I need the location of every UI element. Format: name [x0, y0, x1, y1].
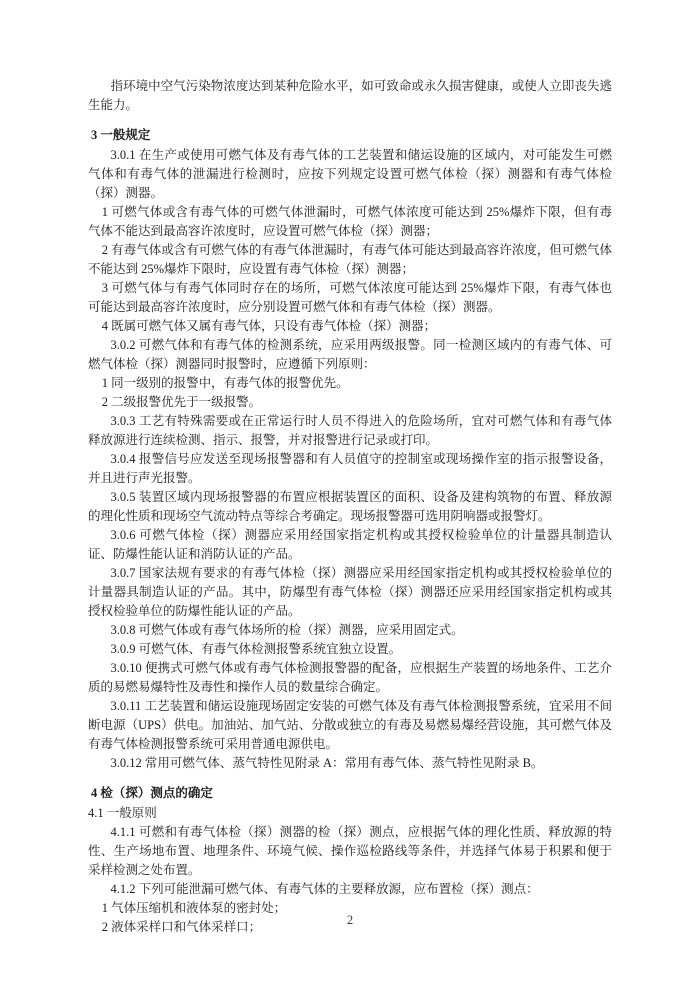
clause-paragraph: 3.0.6 可燃气体检（探）测器应采用经国家指定机构或其授权检验单位的计量器具制…	[88, 526, 612, 564]
clause-paragraph: 3.0.11 工艺装置和储运设施现场固定安装的可燃气体及有毒气体检测报警系统，宜…	[88, 697, 612, 754]
list-item: 3 可燃气体与有毒气体同时存在的场所，可燃气体浓度可能达到 25%爆炸下限，有毒…	[88, 279, 612, 317]
clause-paragraph: 3.0.3 工艺有特殊需要或在正常运行时人员不得进入的危险场所，宜对可燃气体和有…	[88, 412, 612, 450]
clause-paragraph: 3.0.9 可燃气体、有毒气体检测报警系统宜独立设置。	[88, 640, 612, 659]
subsection-heading: 4.1 一般原则	[88, 804, 612, 823]
list-item: 2 有毒气体或含有可燃气体的有毒气体泄漏时，有毒气体可能达到最高容许浓度，但可燃…	[88, 241, 612, 279]
document-content: 指环境中空气污染物浓度达到某种危险水平，如可致命或永久损害健康，或使人立即丧失逃…	[88, 77, 612, 937]
clause-paragraph: 3.0.7 国家法规有要求的有毒气体检（探）测器应采用经国家指定机构或其授权检验…	[88, 564, 612, 621]
section-heading: 4 检（探）测点的确定	[88, 784, 612, 803]
document-page: 指环境中空气污染物浓度达到某种危险水平，如可致命或永久损害健康，或使人立即丧失逃…	[0, 0, 700, 990]
clause-paragraph: 3.0.12 常用可燃气体、蒸气特性见附录 A：常用有毒气体、蒸气特性见附录 B…	[88, 754, 612, 773]
clause-paragraph: 3.0.2 可燃气体和有毒气体的检测系统，应采用两级报警。同一检测区域内的有毒气…	[88, 336, 612, 374]
section-heading: 3 一般规定	[88, 126, 612, 145]
page-number: 2	[0, 913, 700, 928]
clause-paragraph: 4.1.2 下列可能泄漏可燃气体、有毒气体的主要释放源，应布置检（探）测点：	[88, 880, 612, 899]
clause-paragraph: 3.0.10 便携式可燃气体或有毒气体检测报警器的配备，应根据生产装置的场地条件…	[88, 659, 612, 697]
list-item: 1 可燃气体或含有毒气体的可燃气体泄漏时，可燃气体浓度可能达到 25%爆炸下限，…	[88, 203, 612, 241]
clause-paragraph: 3.0.8 可燃气体或有毒气体场所的检（探）测器，应采用固定式。	[88, 621, 612, 640]
clause-paragraph: 3.0.1 在生产或使用可燃气体及有毒气体的工艺装置和储运设施的区域内，对可能发…	[88, 146, 612, 203]
clause-paragraph: 3.0.5 装置区域内现场报警器的布置应根据装置区的面积、设备及建构筑物的布置、…	[88, 488, 612, 526]
list-item: 4 既属可燃气体又属有毒气体，只设有毒气体检（探）测器；	[88, 317, 612, 336]
list-item: 2 二级报警优先于一级报警。	[88, 393, 612, 412]
clause-paragraph: 4.1.1 可燃和有毒气体检（探）测器的检（探）测点，应根据气体的理化性质、释放…	[88, 823, 612, 880]
clause-paragraph: 3.0.4 报警信号应发送至现场报警器和有人员值守的控制室或现场操作室的指示报警…	[88, 450, 612, 488]
clause-paragraph: 指环境中空气污染物浓度达到某种危险水平，如可致命或永久损害健康，或使人立即丧失逃…	[88, 77, 612, 115]
list-item: 1 同一级别的报警中，有毒气体的报警优先。	[88, 374, 612, 393]
